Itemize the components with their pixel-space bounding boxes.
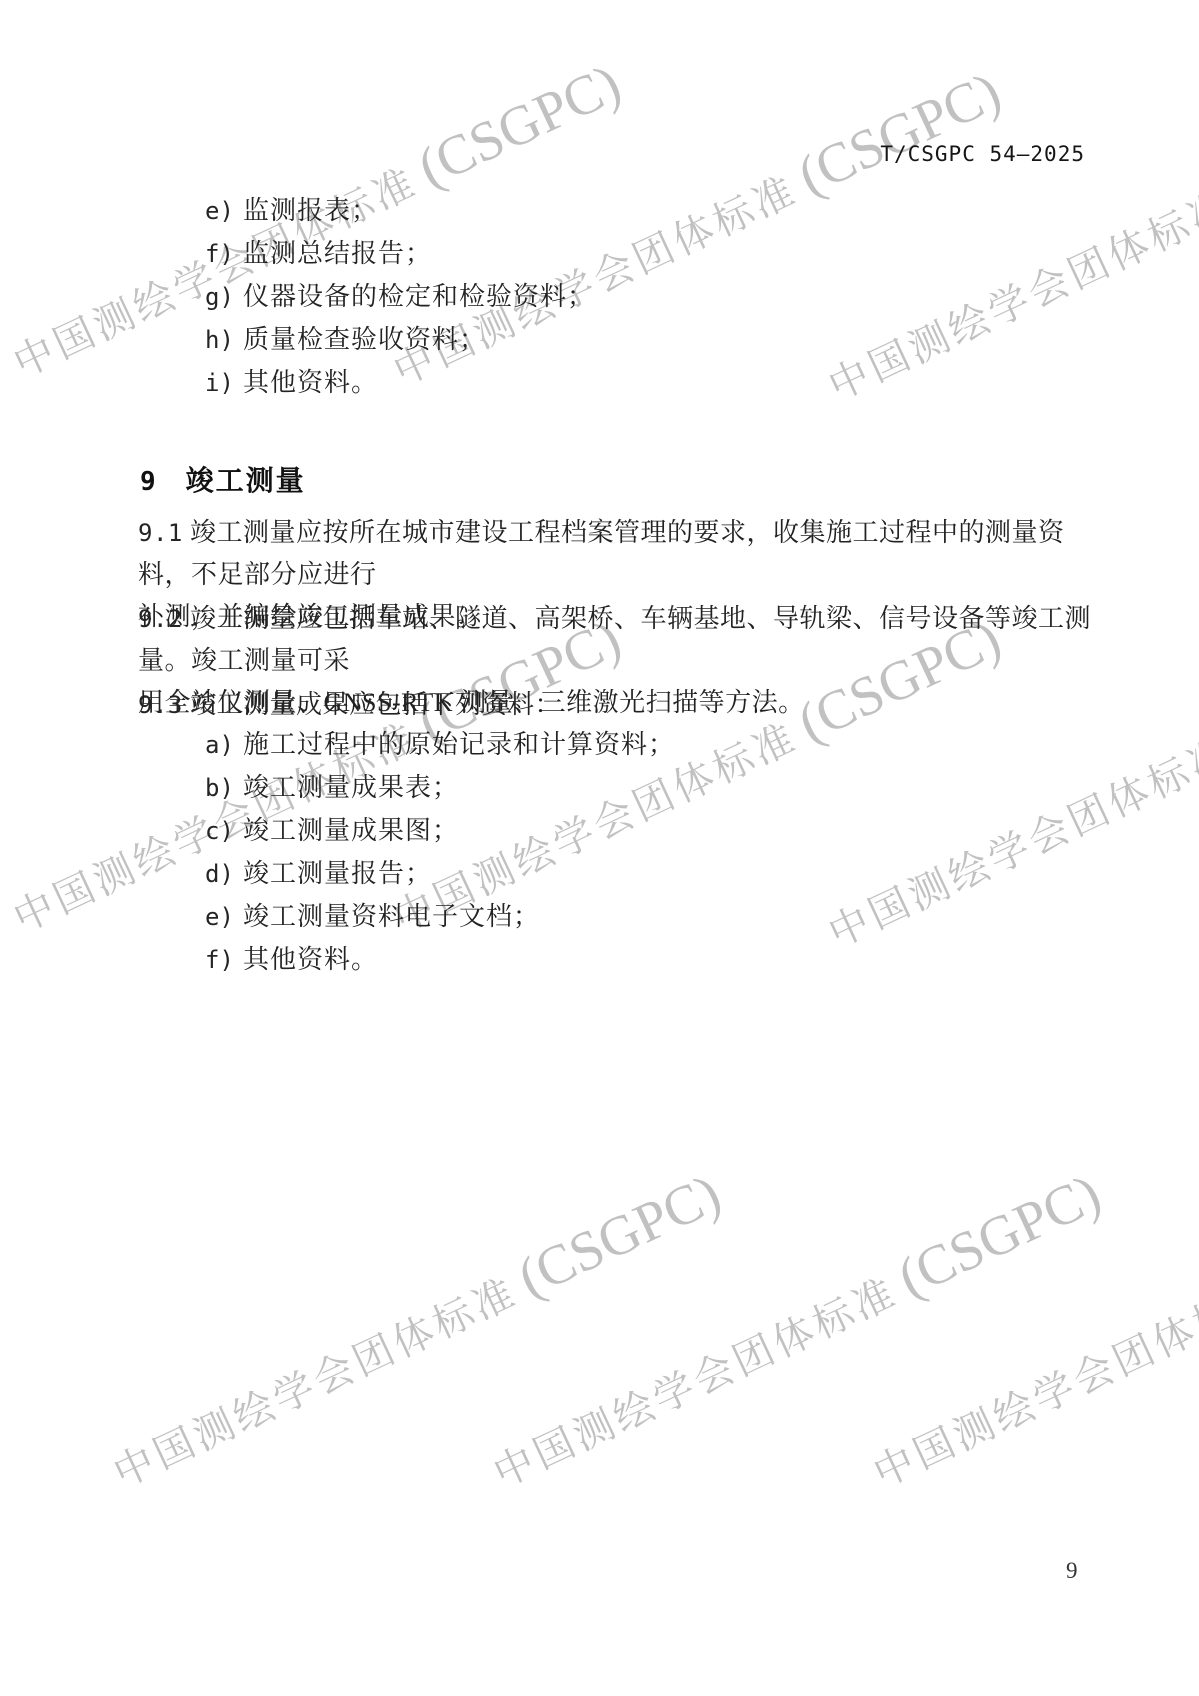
list-item-text: 竣工测量成果图； xyxy=(243,810,459,847)
list-item-text: 质量检查验收资料； xyxy=(243,319,486,356)
list-item: i)其他资料。 xyxy=(205,362,594,392)
list-item-marker: d) xyxy=(205,860,243,888)
list-item-text: 竣工测量成果表； xyxy=(243,767,459,804)
clause-line: 9.3竣工测量成果应包括下列资料： xyxy=(138,684,1100,726)
list-item-text: 仪器设备的检定和检验资料； xyxy=(243,276,594,313)
clause-text: 竣工测量成果应包括下列资料： xyxy=(190,690,561,719)
list-item-marker: g) xyxy=(205,283,243,311)
clause-number: 9.1 xyxy=(138,512,190,554)
list-item-marker: h) xyxy=(205,326,243,354)
list-item: d)竣工测量报告； xyxy=(205,853,675,883)
list-monitoring-deliverables: e)监测报表； f)监测总结报告； g)仪器设备的检定和检验资料； h)质量检查… xyxy=(205,190,594,405)
list-item-marker: f) xyxy=(205,946,243,974)
clause-text: 竣工测量应按所在城市建设工程档案管理的要求，收集施工过程中的测量资料，不足部分应… xyxy=(138,518,1065,589)
clause-line: 9.1竣工测量应按所在城市建设工程档案管理的要求，收集施工过程中的测量资料，不足… xyxy=(138,512,1100,596)
list-item: h)质量检查验收资料； xyxy=(205,319,594,349)
list-item: g)仪器设备的检定和检验资料； xyxy=(205,276,594,306)
clause-number: 9.2 xyxy=(138,598,190,640)
clause-number: 9.3 xyxy=(138,684,190,726)
list-item-marker: c) xyxy=(205,817,243,845)
list-item-marker: e) xyxy=(205,197,243,225)
list-item: e)竣工测量资料电子文档； xyxy=(205,896,675,926)
list-item-marker: e) xyxy=(205,903,243,931)
list-item-marker: a) xyxy=(205,731,243,759)
list-item: e)监测报表； xyxy=(205,190,594,220)
list-item-marker: b) xyxy=(205,774,243,802)
document-page: 中国测绘学会团体标准(CSGPC) 中国测绘学会团体标准(CSGPC) 中国测绘… xyxy=(0,0,1199,1696)
section-heading: 9 竣工测量 xyxy=(140,459,306,499)
clause-text: 竣工测量应包括车站、隧道、高架桥、车辆基地、导轨梁、信号设备等竣工测量。竣工测量… xyxy=(138,604,1091,675)
list-item: f)监测总结报告； xyxy=(205,233,594,263)
list-item: b)竣工测量成果表； xyxy=(205,767,675,797)
list-item-text: 竣工测量资料电子文档； xyxy=(243,896,540,933)
clause-line: 9.2竣工测量应包括车站、隧道、高架桥、车辆基地、导轨梁、信号设备等竣工测量。竣… xyxy=(138,598,1100,682)
list-completion-survey-deliverables: a)施工过程中的原始记录和计算资料； b)竣工测量成果表； c)竣工测量成果图；… xyxy=(205,724,675,982)
section-title: 竣工测量 xyxy=(186,459,306,499)
list-item-text: 施工过程中的原始记录和计算资料； xyxy=(243,724,675,761)
list-item: a)施工过程中的原始记录和计算资料； xyxy=(205,724,675,754)
list-item-text: 其他资料。 xyxy=(243,939,378,976)
list-item: f)其他资料。 xyxy=(205,939,675,969)
list-item-text: 竣工测量报告； xyxy=(243,853,432,890)
standard-number-header: T/CSGPC 54—2025 xyxy=(880,142,1085,166)
clause-9-3: 9.3竣工测量成果应包括下列资料： xyxy=(138,684,1100,726)
list-item-marker: f) xyxy=(205,240,243,268)
list-item-marker: i) xyxy=(205,369,243,397)
page-content: T/CSGPC 54—2025 e)监测报表； f)监测总结报告； g)仪器设备… xyxy=(0,0,1199,1696)
list-item-text: 其他资料。 xyxy=(243,362,378,399)
list-item: c)竣工测量成果图； xyxy=(205,810,675,840)
list-item-text: 监测总结报告； xyxy=(243,233,432,270)
list-item-text: 监测报表； xyxy=(243,190,378,227)
section-number: 9 xyxy=(140,467,156,497)
page-number: 9 xyxy=(1066,1558,1078,1584)
